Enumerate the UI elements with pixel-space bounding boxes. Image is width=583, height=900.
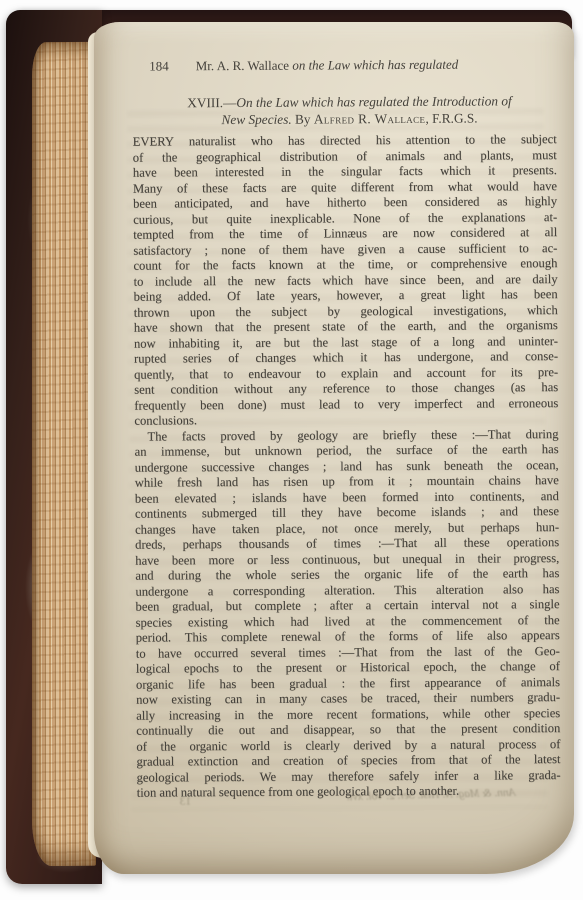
heading-title-italic: On the Law which has regulated the Intro… xyxy=(236,93,511,110)
running-header-title: on the Law which has regulated xyxy=(292,57,458,73)
heading-line-2: New Species. By Alfred R. Wallace, F.R.G… xyxy=(134,109,566,129)
text-line: continually die out and disappear, so th… xyxy=(136,721,560,739)
heading-number: XVIII.— xyxy=(187,95,236,110)
text-line: period. This complete renewal of the for… xyxy=(136,628,560,646)
body-text: EVERY naturalist who has directed his at… xyxy=(133,132,561,801)
heading-author-name: Alfred R. Wallace xyxy=(314,111,426,127)
text-line: frequently been done) must lead to very … xyxy=(134,396,558,414)
heading-credentials: , F.R.G.S. xyxy=(425,111,477,126)
heading-line-1: XVIII.—On the Law which has regulated th… xyxy=(133,92,565,112)
book-page: 184Mr. A. R. Wallace on the Law which ha… xyxy=(94,22,574,874)
text-line: dreds, perhaps thousands of times :—That… xyxy=(135,535,559,553)
text-line: gradual extinction and creation of speci… xyxy=(136,752,560,770)
ghost-signature-number: 13 xyxy=(180,796,192,808)
photo-backdrop: 184Mr. A. R. Wallace on the Law which ha… xyxy=(0,0,583,900)
body-paragraph: The facts proved by geology are briefly … xyxy=(134,427,560,802)
heading-by: By xyxy=(292,112,314,127)
text-line: geological periods. We may therefore saf… xyxy=(137,768,561,786)
article-heading: XVIII.—On the Law which has regulated th… xyxy=(133,92,565,129)
page-number: 184 xyxy=(149,58,169,73)
page-content: 184Mr. A. R. Wallace on the Law which ha… xyxy=(93,20,578,875)
text-line: logical epochs to the present or Histori… xyxy=(136,659,560,677)
text-line: now existing can in many cases be traced… xyxy=(136,690,560,708)
book: 184Mr. A. R. Wallace on the Law which ha… xyxy=(6,10,572,884)
text-line: continents submerged till they have beco… xyxy=(135,504,559,522)
text-line: been gradual, but complete ; after a cer… xyxy=(135,597,559,615)
page-edge-stack xyxy=(32,42,96,866)
body-paragraph: EVERY naturalist who has directed his at… xyxy=(133,132,559,429)
running-header-author: Mr. A. R. Wallace xyxy=(196,58,289,74)
heading-title-italic-2: New Species. xyxy=(221,112,291,127)
text-line: and during the whole series the organic … xyxy=(135,566,559,584)
running-header: 184Mr. A. R. Wallace on the Law which ha… xyxy=(149,56,579,75)
